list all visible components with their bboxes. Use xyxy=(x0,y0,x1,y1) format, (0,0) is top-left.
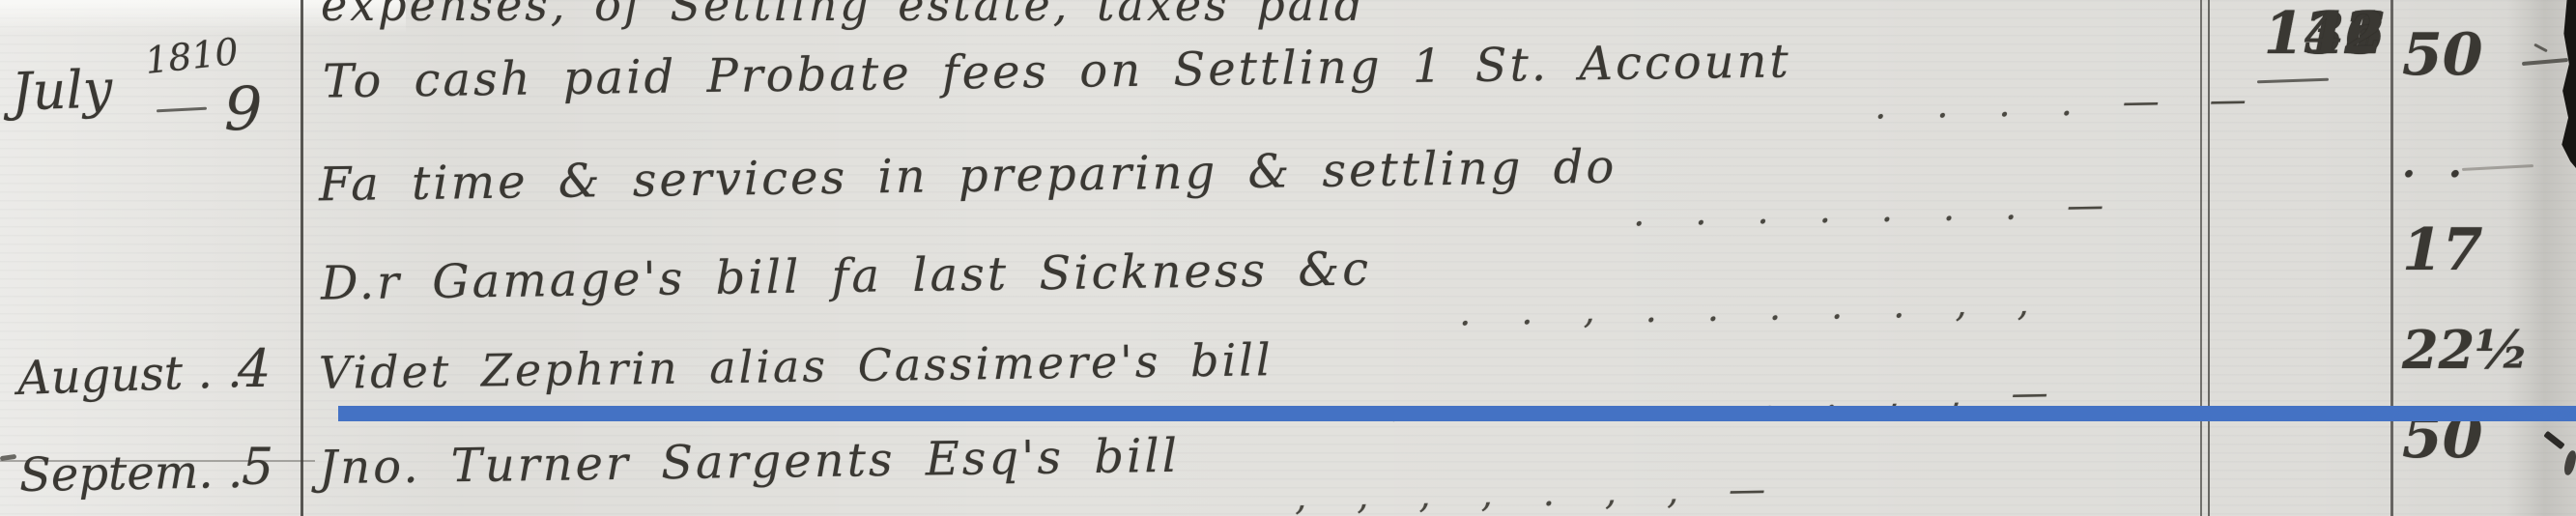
amount-cents: 50 xyxy=(2402,21,2557,89)
date-dash xyxy=(157,107,207,113)
amount-lead-dash xyxy=(2257,78,2329,84)
dot-leaders: . . . . . . . — xyxy=(1633,184,2124,235)
dot-leaders: , , , , . , , — xyxy=(1295,468,1786,516)
amount-cents: 17 xyxy=(2402,216,2557,284)
highlight-underline xyxy=(338,406,2576,421)
date-column-rule xyxy=(301,0,303,516)
entry-description: Videt Zephrin alias Cassimere's bill xyxy=(319,333,1274,399)
date-month-september: Septem. . xyxy=(19,444,243,502)
ledger-page: expenses, of Settling estate, taxes paid… xyxy=(0,0,2576,516)
dot-leaders: . . , . . . . . , , xyxy=(1459,281,2048,334)
date-day-5: 5 xyxy=(242,439,273,497)
entry-description: Jno. Turner Sargents Esq's bill xyxy=(319,429,1181,495)
amount-dollars: 142 xyxy=(2215,0,2385,68)
entry-description: To cash paid Probate fees on Settling 1 … xyxy=(323,34,1791,108)
dot-leaders: . . . . — — xyxy=(1875,77,2266,127)
date-day-4: 4 xyxy=(238,338,271,399)
date-month-july: July xyxy=(11,58,113,123)
entry-description: Fa time & services in preparing & settli… xyxy=(319,140,1617,213)
date-month-august: August . . xyxy=(16,344,243,406)
amount-cents: 22½ xyxy=(2402,319,2557,381)
top-partial-line: expenses, of Settling estate, taxes paid xyxy=(321,0,1365,31)
date-day-9: 9 xyxy=(224,73,262,144)
entry-description: D.r Gamage's bill fa last Sickness &c xyxy=(321,242,1372,310)
amount-column-double-rule-left xyxy=(2200,0,2202,516)
amount-cents: . . xyxy=(2402,141,2557,186)
amount-column-double-rule-right xyxy=(2208,0,2210,516)
cents-column-rule xyxy=(2390,0,2393,516)
